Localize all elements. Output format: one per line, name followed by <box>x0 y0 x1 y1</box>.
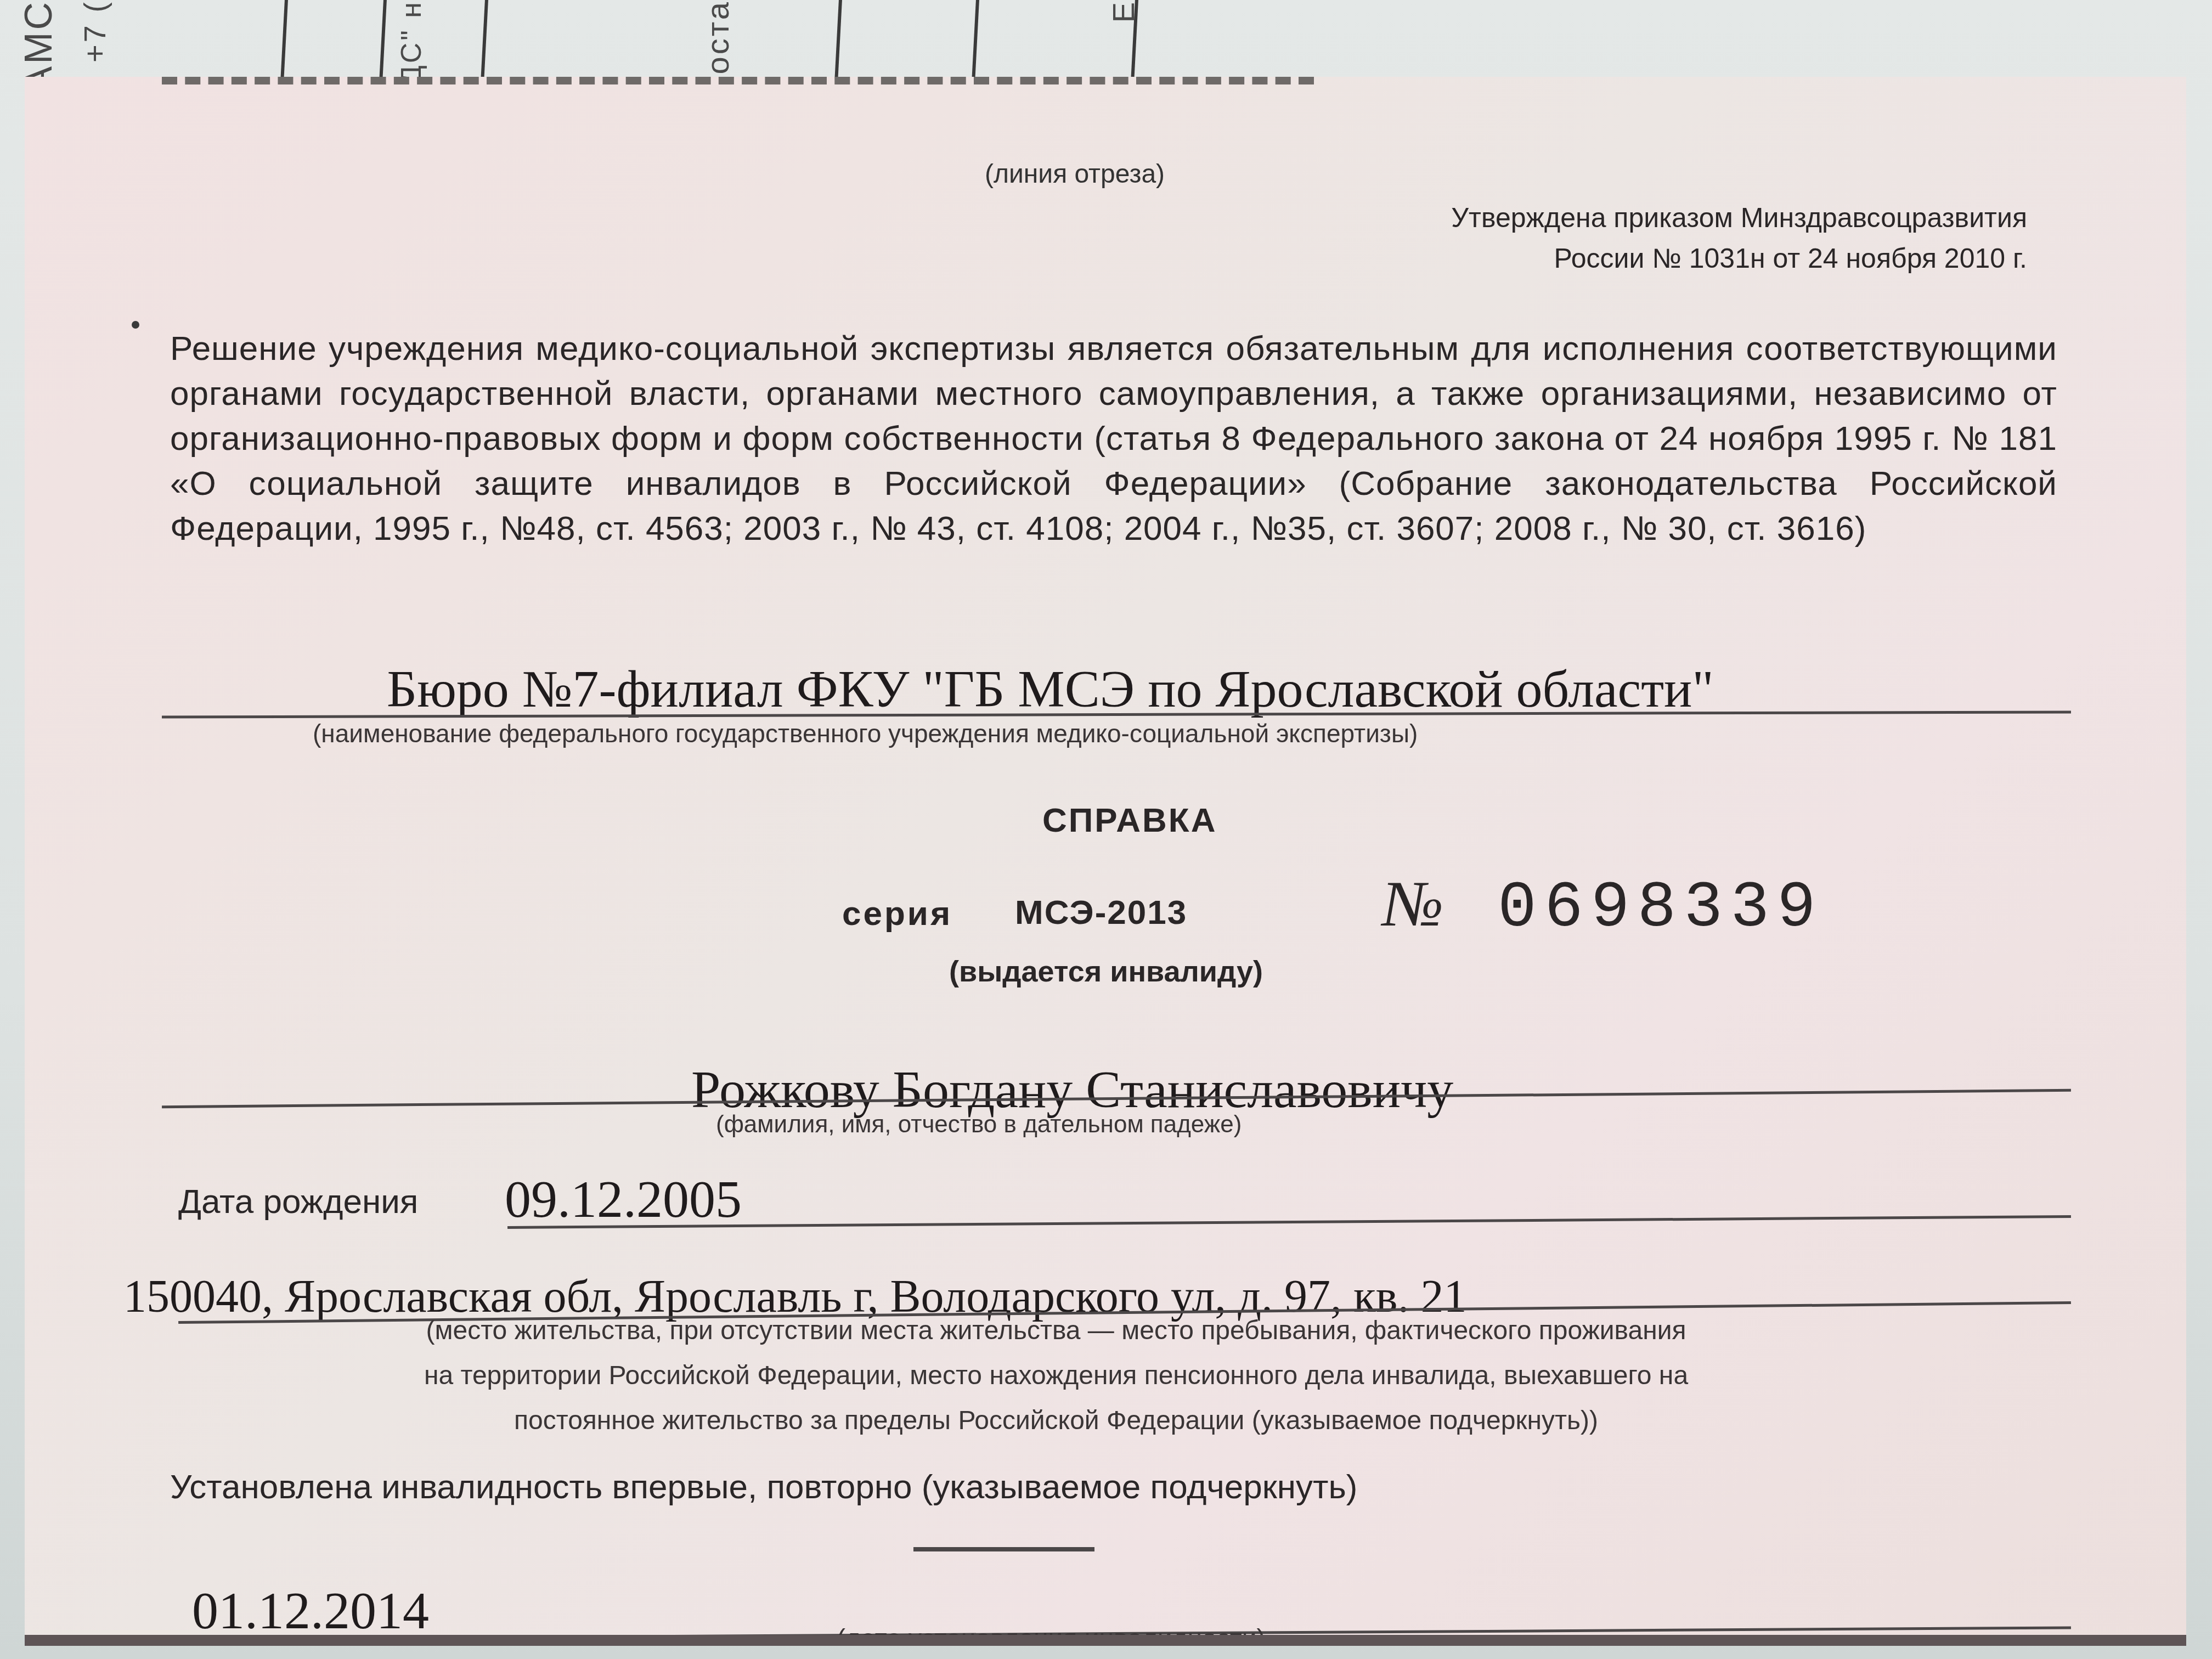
number-value: 0698339 <box>1498 872 1824 945</box>
cut-line-label: (линия отреза) <box>985 159 1165 189</box>
disability-established-text: Установлена инвалидность впервые, повтор… <box>170 1468 1357 1506</box>
birth-date-line <box>507 1215 2071 1229</box>
birth-date-label: Дата рождения <box>178 1182 418 1221</box>
legal-paragraph: Решение учреждения медико-социальной экс… <box>170 326 2057 551</box>
number-sign: № <box>1383 868 1451 940</box>
background-text: Е <box>1105 0 1141 22</box>
certificate-number: № 0698339 <box>1383 867 1824 945</box>
disability-date-caption: (дата установления инвалидности) <box>837 1624 1265 1635</box>
certificate-sheet: (линия отреза) Утверждена приказом Минзд… <box>25 77 2186 1635</box>
address-caption: (место жительства, при отсутствии места … <box>107 1308 2005 1443</box>
disability-date-value: 01.12.2014 <box>192 1580 429 1635</box>
address-caption-line-3: постоянное жительство за пределы Российс… <box>107 1398 2005 1443</box>
recipient-caption: (фамилия, имя, отчество в дательном паде… <box>716 1111 1242 1138</box>
issued-to-note: (выдается инвалиду) <box>949 955 1263 989</box>
background-line <box>834 0 843 88</box>
approval-line-2: России № 1031н от 24 ноября 2010 г. <box>1451 238 2027 279</box>
series-label: серия <box>842 894 952 933</box>
ink-dot <box>132 321 139 329</box>
series-value: МСЭ-2013 <box>1015 893 1187 932</box>
institution-caption: (наименование федерального государственн… <box>313 719 1418 748</box>
address-caption-line-1: (место жительства, при отсутствии места … <box>107 1308 2005 1353</box>
address-caption-line-2: на территории Российской Федерации, мест… <box>107 1353 2005 1398</box>
approval-line-1: Утверждена приказом Минздравсоцразвития <box>1451 198 2027 238</box>
background-text: оста <box>699 0 736 74</box>
underline-mark <box>913 1547 1094 1551</box>
institution-name: Бюро №7-филиал ФКУ "ГБ МСЭ по Ярославско… <box>387 658 1714 719</box>
birth-date-value: 09.12.2005 <box>505 1169 742 1229</box>
cut-line <box>162 77 1314 84</box>
background-line <box>379 0 387 88</box>
document-title: СПРАВКА <box>1042 801 1217 840</box>
background-line <box>481 0 489 88</box>
background-text: +7 ( <box>77 0 112 63</box>
background-text: ДС" н <box>395 0 428 84</box>
background-line <box>280 0 289 88</box>
approval-note: Утверждена приказом Минздравсоцразвития … <box>1451 198 2027 279</box>
background-line <box>972 0 980 88</box>
